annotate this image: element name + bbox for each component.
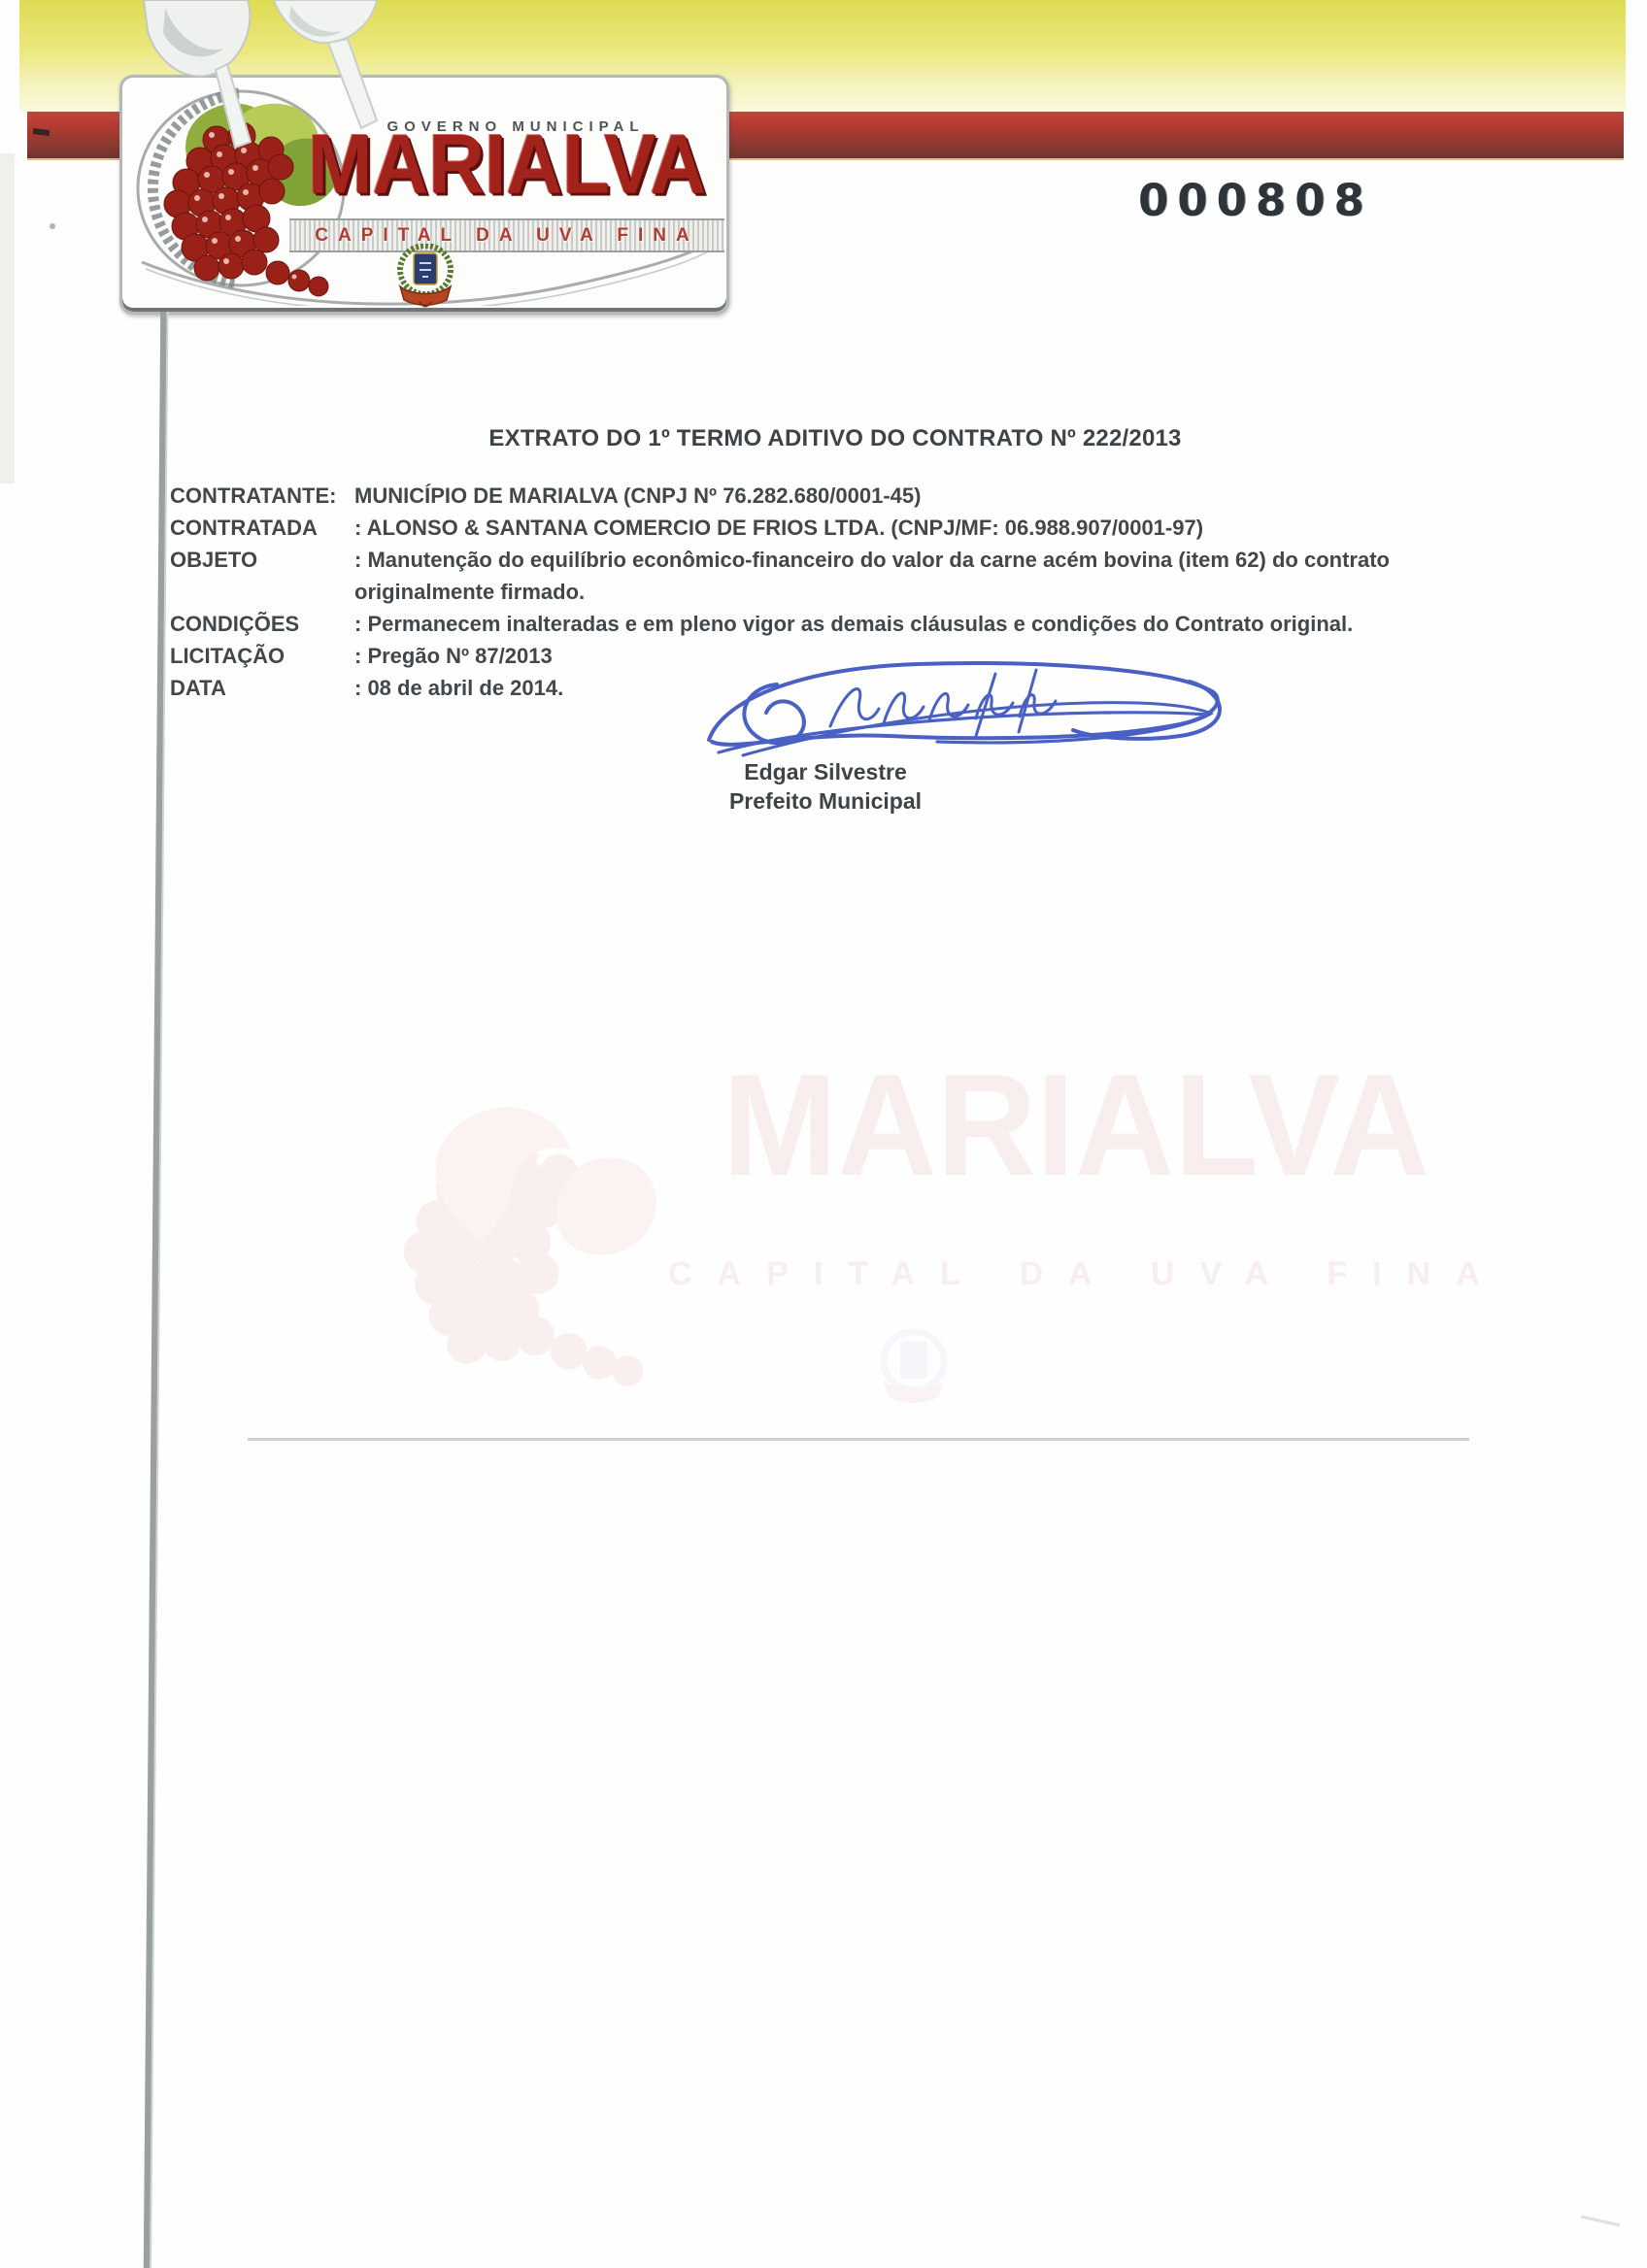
field-row-objeto: OBJETO : Manutenção do equilíbrio econôm… xyxy=(170,544,1502,608)
logo-tagline-band: CAPITAL DA UVA FINA xyxy=(289,218,724,252)
field-value: : Manutenção do equilíbrio econômico-fin… xyxy=(354,544,1500,608)
logo-crest-icon xyxy=(390,244,460,310)
watermark-grapes xyxy=(348,1073,678,1409)
field-row-contratada: CONTRATADA : ALONSO & SANTANA COMERCIO D… xyxy=(170,512,1502,544)
page-number-stamp: 000808 xyxy=(1138,175,1391,226)
left-edge-shadow xyxy=(0,153,15,484)
scan-vertical-line xyxy=(147,312,164,2268)
field-label: CONTRATANTE: xyxy=(170,480,354,512)
field-value: MUNICÍPIO DE MARIALVA (CNPJ Nº 76.282.68… xyxy=(354,480,1500,512)
field-label: LICITAÇÃO xyxy=(170,640,354,672)
corner-smudge xyxy=(1581,2217,1620,2225)
document-title: EXTRATO DO 1º TERMO ADITIVO DO CONTRATO … xyxy=(170,425,1500,452)
watermark: MARIALVA CAPITAL DA UVA FINA xyxy=(348,1053,1494,1461)
signatory-name: Edgar Silvestre xyxy=(680,759,971,785)
field-row-contratante: CONTRATANTE: MUNICÍPIO DE MARIALVA (CNPJ… xyxy=(170,480,1502,512)
signatory-role: Prefeito Municipal xyxy=(680,788,971,815)
watermark-name: MARIALVA xyxy=(649,1053,1503,1198)
field-label: CONTRATADA xyxy=(170,512,354,544)
field-label: DATA xyxy=(170,672,354,704)
field-label: CONDIÇÕES xyxy=(170,608,354,640)
watermark-crest xyxy=(872,1323,956,1415)
field-label: OBJETO xyxy=(170,544,354,576)
torn-paper-graphic xyxy=(126,0,447,189)
watermark-rule-line xyxy=(248,1438,1469,1441)
field-value: : ALONSO & SANTANA COMERCIO DE FRIOS LTD… xyxy=(354,512,1500,544)
dust-speck xyxy=(50,223,55,229)
signature-scribble xyxy=(685,631,1228,777)
watermark-tagline: CAPITAL DA UVA FINA xyxy=(668,1255,1309,1293)
scanned-document-page: GOVERNO MUNICIPAL MARIALVA CAPITAL DA UV… xyxy=(0,0,1647,2268)
